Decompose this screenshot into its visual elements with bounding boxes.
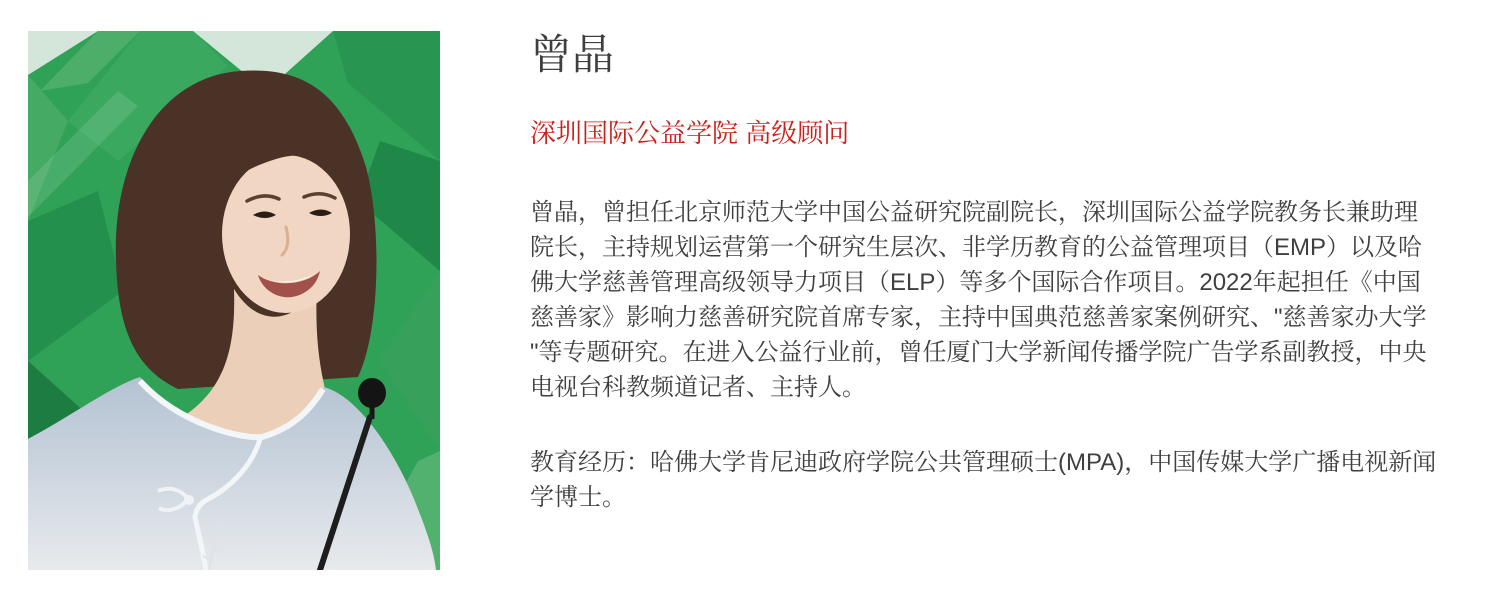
education-line: 教育经历：哈佛大学肯尼迪政府学院公共管理硕士(MPA)，中国传媒大学广播电视新闻: [530, 445, 1470, 480]
profile-education: 教育经历：哈佛大学肯尼迪政府学院公共管理硕士(MPA)，中国传媒大学广播电视新闻…: [530, 445, 1470, 515]
bio-line: 佛大学慈善管理高级领导力项目（ELP）等多个国际合作项目。2022年起担任《中国: [530, 265, 1470, 300]
bio-line: 曾晶，曾担任北京师范大学中国公益研究院副院长，深圳国际公益学院教务长兼助理: [530, 195, 1470, 230]
profile-content: 曾晶 深圳国际公益学院 高级顾问 曾晶，曾担任北京师范大学中国公益研究院副院长，…: [530, 0, 1470, 515]
bio-line: 电视台科教频道记者、主持人。: [530, 370, 1470, 405]
profile-page: 曾晶 深圳国际公益学院 高级顾问 曾晶，曾担任北京师范大学中国公益研究院副院长，…: [0, 0, 1506, 600]
knot-button-bead: [184, 495, 194, 505]
profile-bio: 曾晶，曾担任北京师范大学中国公益研究院副院长，深圳国际公益学院教务长兼助理 院长…: [530, 195, 1470, 405]
bio-line: "等专题研究。在进入公益行业前，曾任厦门大学新闻传播学院广告学系副教授，中央: [530, 335, 1470, 370]
portrait-illustration: [28, 31, 440, 570]
profile-name: 曾晶: [530, 30, 1470, 80]
bio-line: 院长，主持规划运营第一个研究生层次、非学历教育的公益管理项目（EMP）以及哈: [530, 230, 1470, 265]
bio-line: 慈善家》影响力慈善研究院首席专家，主持中国典范慈善家案例研究、"慈善家办大学: [530, 300, 1470, 335]
education-line: 学博士。: [530, 480, 1470, 515]
profile-position: 深圳国际公益学院 高级顾问: [530, 116, 1470, 150]
profile-photo: [28, 31, 440, 570]
